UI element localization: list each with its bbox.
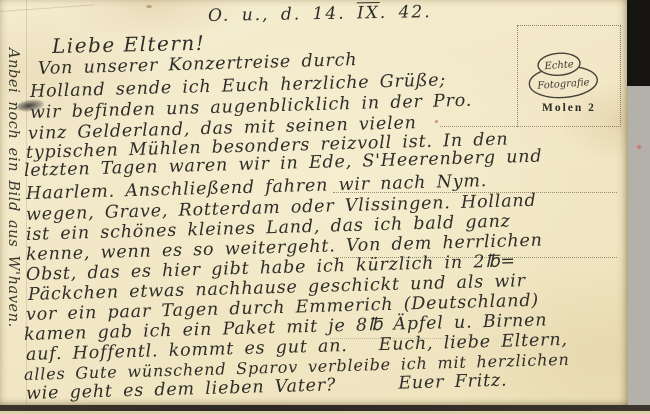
margin-note-vertical: Anbei noch ein Bild aus W'haven.: [5, 48, 21, 388]
dateline-prefix: O. u., d. 14.: [208, 3, 357, 26]
stamp-word-echte: Echte: [543, 59, 574, 72]
scanned-postcard-image: Echte Fotografie Molen 2 O. u., d. 14. I…: [0, 0, 650, 414]
dateline-suffix: . 42.: [380, 2, 432, 23]
scan-corner-black: [627, 0, 650, 86]
salutation: Liebe Eltern!: [52, 31, 206, 58]
echte-fotografie-stamp: Echte Fotografie: [524, 48, 602, 107]
printed-caption: Molen 2: [542, 102, 596, 114]
address-dotted-line: [440, 126, 619, 127]
paper-speck: [146, 5, 152, 8]
dateline-month-roman: IX: [357, 3, 380, 23]
paper-speck: [435, 120, 438, 123]
scan-artifact-dot: [637, 145, 641, 149]
dateline: O. u., d. 14. IX. 42.: [208, 2, 432, 26]
stamp-word-fotografie: Fotografie: [536, 77, 590, 92]
